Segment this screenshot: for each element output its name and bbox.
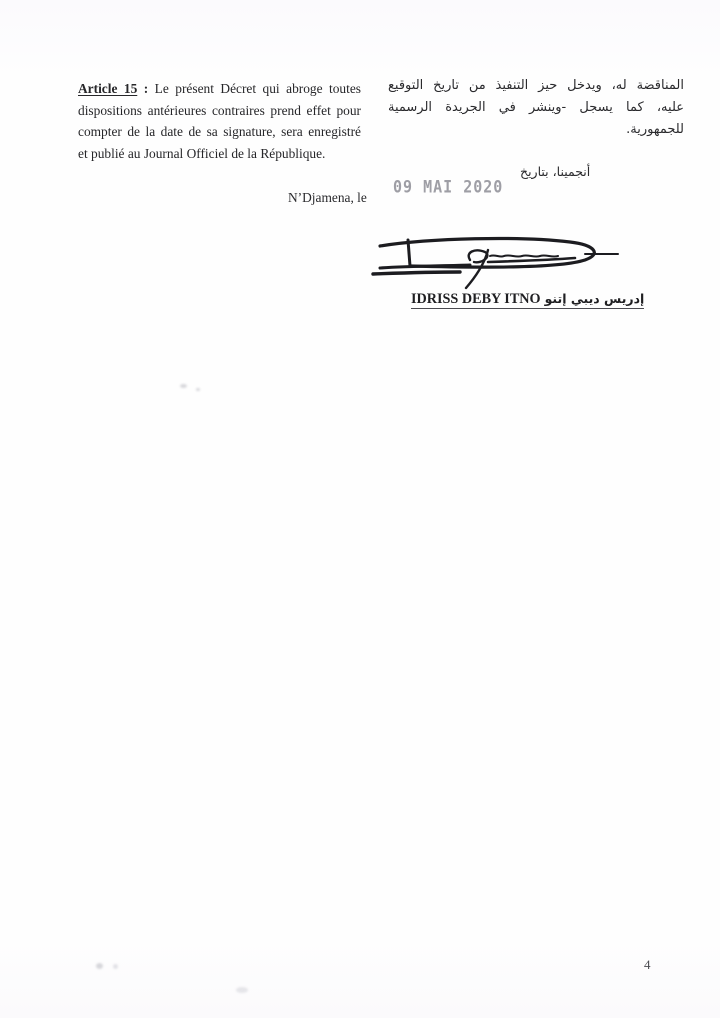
french-line-3: compter de la date de sa signature, sera… [78, 121, 361, 143]
arabic-line-1: المناقضة له، ويدخل حيز التنفيذ من تاريخ … [388, 75, 684, 97]
french-place-date-label: N’Djamena, le [288, 190, 367, 206]
handwritten-signature [370, 232, 620, 292]
arabic-place-date-label: أنجمينا، بتاريخ [520, 164, 590, 179]
arabic-article-text: المناقضة له، ويدخل حيز التنفيذ من تاريخ … [388, 75, 684, 141]
signatory-name-arabic: إدريس ديبي إتنو [545, 291, 645, 306]
paper-smudge [180, 384, 187, 388]
article-label: Article 15 [78, 81, 137, 96]
french-line-4: et publié au Journal Officiel de la Répu… [78, 143, 361, 165]
paper-smudge [96, 963, 103, 969]
french-line-1-text: Le présent Décret qui abroge toutes [148, 81, 361, 96]
article-colon: : [137, 81, 148, 96]
paper-smudge [113, 964, 118, 969]
signatory-name: IDRISS DEBY ITNOإدريس ديبي إتنو [411, 291, 644, 309]
french-article-text: Article 15 : Le présent Décret qui abrog… [78, 78, 361, 164]
french-line-2: dispositions antérieures contraires pren… [78, 100, 361, 122]
page-number: 4 [644, 957, 651, 973]
date-stamp: 09 MAI 2020 [393, 177, 503, 198]
paper-smudge [236, 987, 248, 993]
arabic-line-3: للجمهورية. [388, 119, 684, 141]
signatory-name-latin: IDRISS DEBY ITNO [411, 291, 541, 307]
arabic-line-2: عليه، كما يسجل -وينشر في الجريدة الرسمية [388, 97, 684, 119]
french-line-1: Article 15 : Le présent Décret qui abrog… [78, 78, 361, 100]
paper-smudge [196, 388, 200, 391]
document-page: Article 15 : Le présent Décret qui abrog… [0, 0, 720, 1018]
